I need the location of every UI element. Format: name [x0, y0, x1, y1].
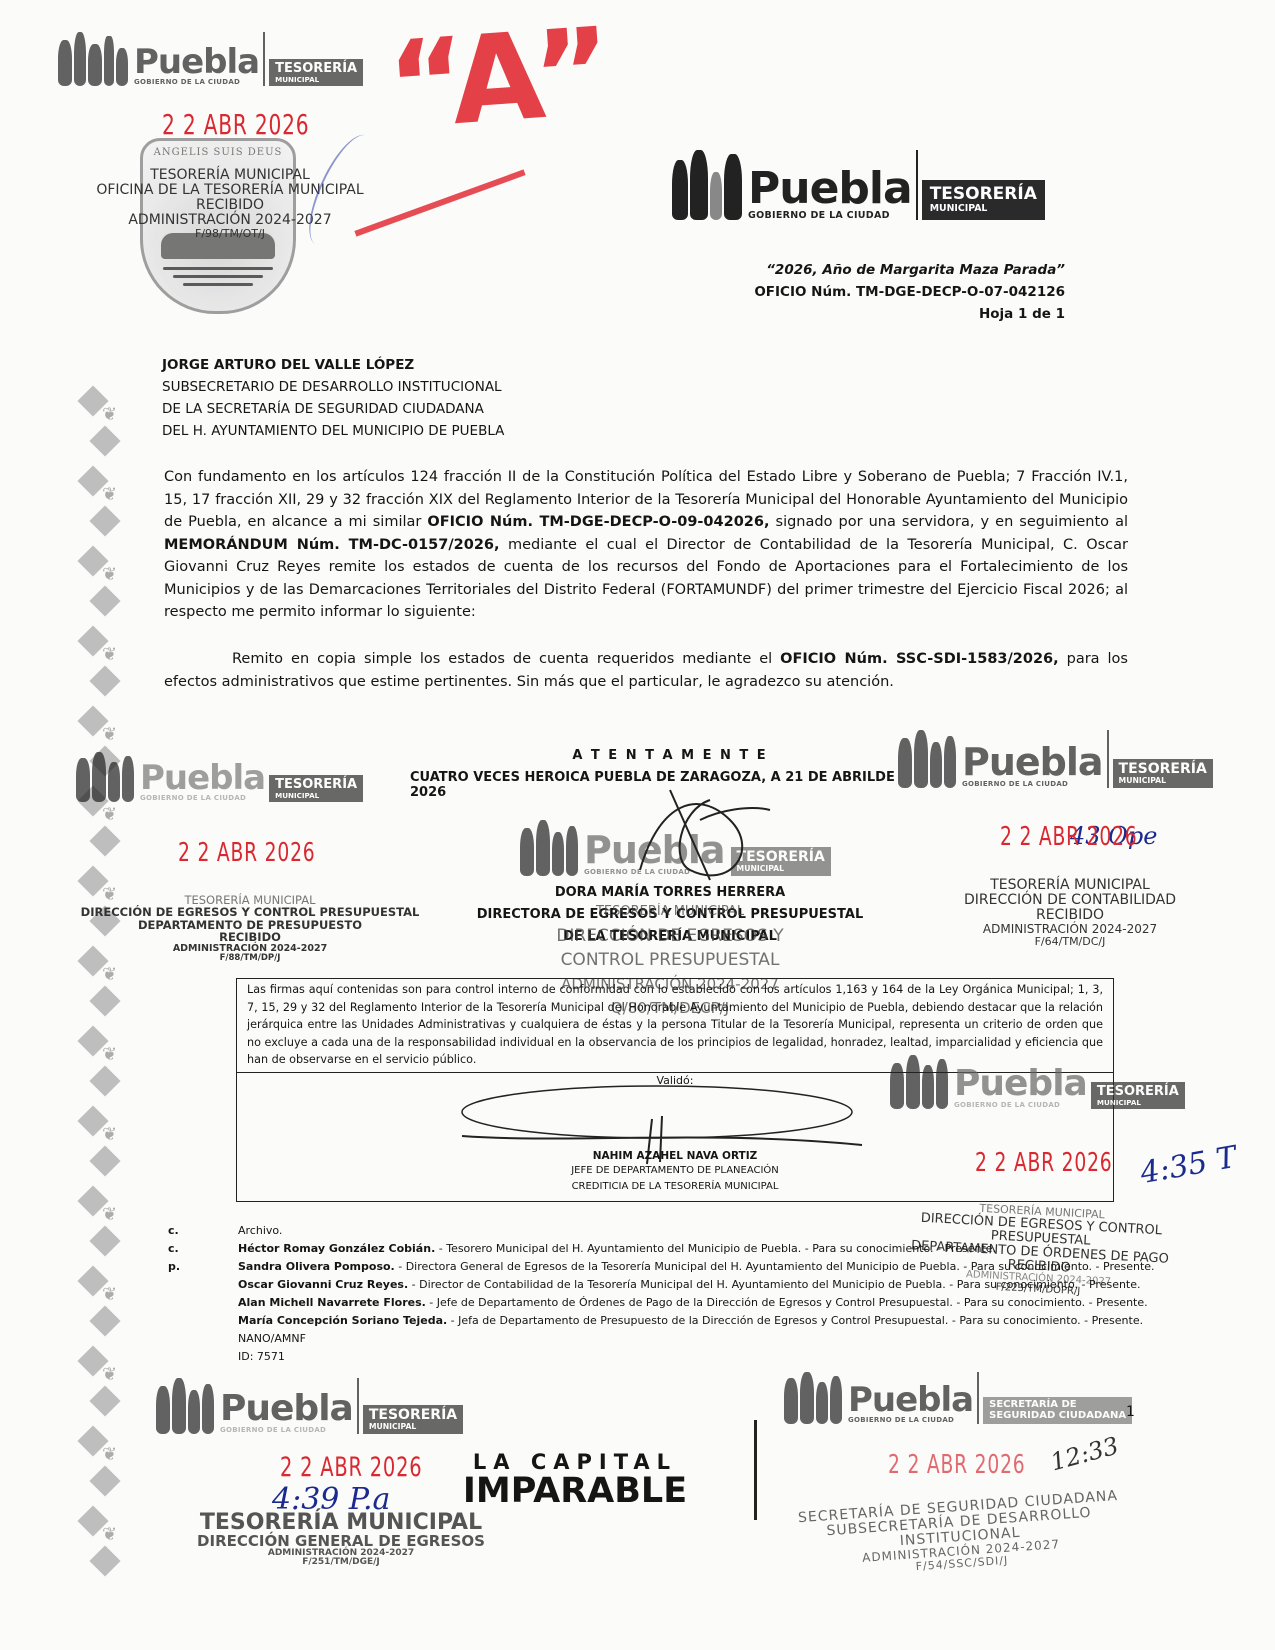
atentamente-label: A T E N T A M E N T E — [420, 748, 920, 763]
leaf-ornament-icon: ❦ — [102, 804, 117, 825]
diamond-ornament-icon — [89, 585, 120, 616]
addressee-line: SUBSECRETARIO DE DESARROLLO INSTITUCIONA… — [162, 376, 504, 398]
logo-badge-sub: MUNICIPAL — [1097, 1099, 1179, 1107]
logo-word: Puebla — [848, 1383, 973, 1417]
validator-title: CREDITICIA DE LA TESORERÍA MUNICIPAL — [237, 1181, 1113, 1192]
logo-divider — [977, 1372, 979, 1424]
seal-wave-icon — [183, 283, 253, 286]
logo-divider — [1107, 730, 1109, 788]
logo-badge-main: TESORERÍA — [275, 778, 357, 792]
city-emblem-icon — [890, 1055, 948, 1109]
city-emblem-icon — [898, 730, 956, 788]
logo-subtitle: GOBIERNO DE LA CIUDAD — [134, 79, 240, 86]
city-emblem-icon — [76, 752, 134, 802]
logo-badge-sub: MUNICIPAL — [369, 1423, 457, 1431]
footer-divider — [754, 1420, 757, 1520]
logo-divider — [916, 150, 918, 220]
seal-wave-icon — [173, 275, 263, 278]
logo-divider — [357, 1378, 359, 1434]
logo-subtitle: GOBIERNO DE LA CIUDAD — [748, 211, 890, 221]
slogan: LA CAPITAL IMPARABLE — [440, 1452, 710, 1510]
logo-word: Puebla — [140, 761, 265, 795]
diamond-ornament-icon — [89, 1465, 120, 1496]
diamond-ornament-icon — [89, 505, 120, 536]
city-emblem-icon — [58, 32, 128, 86]
logo-word: Puebla — [748, 167, 912, 211]
logo-badge-main: TESORERÍA — [369, 1408, 457, 1423]
leaf-ornament-icon: ❦ — [102, 1124, 117, 1145]
leaf-ornament-icon: ❦ — [102, 724, 117, 745]
leaf-ornament-icon: ❦ — [102, 484, 117, 505]
addressee-line: DE LA SECRETARÍA DE SEGURIDAD CIUDADANA — [162, 398, 504, 420]
leaf-ornament-icon: ❦ — [102, 1364, 117, 1385]
ssc-logo-stamp: PueblaGOBIERNO DE LA CIUDAD SECRETARÍA D… — [784, 1372, 1132, 1424]
handwritten-ssc-note: 12:33 — [1048, 1432, 1122, 1477]
page-number-mark: 1 — [1126, 1404, 1135, 1420]
addressee-name: JORGE ARTURO DEL VALLE LÓPEZ — [162, 354, 504, 376]
oficio-number: OFICIO Núm. TM-DGE-DECP-O-07-042126 — [754, 284, 1065, 300]
body-paragraph-2: Remito en copia simple los estados de cu… — [164, 648, 1128, 693]
addressee-line: DEL H. AYUNTAMIENTO DEL MUNICIPIO DE PUE… — [162, 420, 504, 442]
logo-badge-sub: MUNICIPAL — [275, 76, 357, 84]
body-paragraph-1: Con fundamento en los artículos 124 frac… — [164, 466, 1128, 624]
tesoreria-header-logo: Puebla GOBIERNO DE LA CIUDAD TESORERÍA M… — [672, 150, 1045, 220]
city-emblem-icon — [520, 820, 578, 876]
logo-divider — [263, 32, 265, 86]
logo-word: Puebla — [220, 1391, 353, 1427]
seal-wave-icon — [163, 267, 273, 270]
tesoreria-logo-stamp: Puebla GOBIERNO DE LA CIUDAD TESORERÍA M… — [58, 32, 363, 86]
ccp-item: María Concepción Soriano Tejeda. - Jefa … — [238, 1312, 1275, 1330]
city-emblem-icon — [672, 150, 742, 220]
logo-word: Puebla — [954, 1066, 1087, 1102]
ccp-archive: Archivo. — [238, 1222, 1275, 1240]
leaf-ornament-icon: ❦ — [102, 404, 117, 425]
diamond-ornament-icon — [89, 425, 120, 456]
logo-badge-main: TESORERÍA — [1119, 762, 1207, 777]
logo-badge-main: TESORERÍA — [275, 62, 357, 76]
diamond-ornament-icon — [89, 1545, 120, 1576]
diamond-ornament-icon — [89, 1225, 120, 1256]
memorandum-reference: MEMORÁNDUM Núm. TM-DC-0157/2026, — [164, 537, 500, 553]
ccp-item: Oscar Giovanni Cruz Reyes. - Director de… — [238, 1276, 1275, 1294]
diamond-ornament-icon — [89, 825, 120, 856]
date-stamp-ordenes: 2 2 ABR 2026 — [975, 1148, 1112, 1178]
director-signature — [610, 780, 790, 900]
logo-subtitle: GOBIERNO DE LA CIUDAD — [954, 1102, 1060, 1109]
leaf-ornament-icon: ❦ — [102, 564, 117, 585]
oficio-reference: OFICIO Núm. TM-DGE-DECP-O-09-042026, — [427, 514, 769, 530]
received-stamp-presupuesto: TESORERÍA MUNICIPALDIRECCIÓN DE EGRESOS … — [80, 894, 420, 963]
logo-subtitle: GOBIERNO DE LA CIUDAD — [220, 1427, 326, 1434]
received-stamp-ssc: SECRETARÍA DE SEGURIDAD CIUDADANASUBSECR… — [778, 1488, 1142, 1583]
city-emblem-icon — [784, 1372, 842, 1424]
year-motto: “2026, Año de Margarita Maza Parada” — [766, 262, 1065, 278]
diamond-ornament-icon — [89, 1305, 120, 1336]
slogan-bottom: IMPARABLE — [440, 1473, 710, 1510]
received-stamp-contabilidad: TESORERÍA MUNICIPALDIRECCIÓN DE CONTABIL… — [940, 878, 1200, 948]
seal-motto: ANGELIS SUIS DEUS — [143, 147, 293, 158]
leaf-ornament-icon: ❦ — [102, 644, 117, 665]
decorative-side-border: ❦❦❦❦❦❦❦❦❦❦❦❦❦❦❦ — [78, 390, 120, 1590]
leaf-ornament-icon: ❦ — [102, 1044, 117, 1065]
ccp-item: Héctor Romay González Cobián. - Tesorero… — [238, 1240, 1275, 1258]
logo-badge-main: TESORERÍA — [930, 186, 1037, 204]
page-indicator: Hoja 1 de 1 — [979, 306, 1065, 322]
diamond-ornament-icon — [89, 1065, 120, 1096]
red-handwritten-mark: “A” — [383, 2, 616, 156]
ccp-item: Sandra Olivera Pomposo. - Directora Gene… — [238, 1258, 1275, 1276]
diamond-ornament-icon — [89, 665, 120, 696]
leaf-ornament-icon: ❦ — [102, 964, 117, 985]
ssc-oficio-reference: OFICIO Núm. SSC-SDI-1583/2026, — [780, 651, 1059, 667]
logo-subtitle: GOBIERNO DE LA CIUDAD — [848, 1417, 954, 1424]
diamond-ornament-icon — [89, 1385, 120, 1416]
tesoreria-logo-stamp: PueblaGOBIERNO DE LA CIUDAD TESORERÍAMUN… — [898, 730, 1213, 788]
ccp-item: Alan Michell Navarrete Flores. - Jefe de… — [238, 1294, 1275, 1312]
tesoreria-logo-stamp: PueblaGOBIERNO DE LA CIUDAD TESORERÍAMUN… — [890, 1055, 1185, 1109]
signer-name: DORA MARÍA TORRES HERRERA — [420, 885, 920, 900]
date-stamp-ssc: 2 2 ABR 2026 — [888, 1450, 1025, 1480]
date-stamp-oficina: 2 2 ABR 2026 — [162, 108, 309, 141]
logo-badge-main: TESORERÍA — [1097, 1085, 1179, 1099]
leaf-ornament-icon: ❦ — [102, 1444, 117, 1465]
leaf-ornament-icon: ❦ — [102, 1284, 117, 1305]
date-stamp-contabilidad: 2 2 ABR 2026 — [1000, 822, 1137, 852]
logo-subtitle: GOBIERNO DE LA CIUDAD — [140, 795, 246, 802]
ccp-label: c. c. p. — [168, 1222, 180, 1276]
slogan-top: LA CAPITAL — [440, 1452, 710, 1473]
logo-badge-main: SECRETARÍA DE — [989, 1400, 1126, 1411]
diamond-ornament-icon — [89, 1145, 120, 1176]
logo-subtitle: GOBIERNO DE LA CIUDAD — [962, 781, 1068, 788]
ccp-id: ID: 7571 — [238, 1348, 1275, 1366]
city-emblem-icon — [156, 1378, 214, 1434]
logo-word: Puebla — [134, 45, 259, 79]
date-stamp-dge: 2 2 ABR 2026 — [280, 1452, 422, 1483]
logo-badge-sub: MUNICIPAL — [275, 792, 357, 800]
logo-badge-sub: MUNICIPAL — [930, 204, 1037, 214]
leaf-ornament-icon: ❦ — [102, 1204, 117, 1225]
tesoreria-logo-stamp: PueblaGOBIERNO DE LA CIUDAD TESORERÍAMUN… — [156, 1378, 463, 1434]
handwritten-time-egresos: 4:35 T — [1138, 1140, 1240, 1191]
logo-word: Puebla — [962, 743, 1103, 781]
tesoreria-logo-stamp: PueblaGOBIERNO DE LA CIUDAD TESORERÍAMUN… — [76, 752, 363, 802]
ccp-initials: NANO/AMNF — [238, 1330, 1275, 1348]
logo-badge-sub: SEGURIDAD CIUDADANA — [989, 1411, 1126, 1422]
date-stamp-presupuesto: 2 2 ABR 2026 — [178, 838, 315, 868]
received-stamp-dge: TESORERÍA MUNICIPALDIRECCIÓN GENERAL DE … — [176, 1512, 506, 1567]
addressee-block: JORGE ARTURO DEL VALLE LÓPEZ SUBSECRETAR… — [162, 354, 504, 442]
diamond-ornament-icon — [89, 985, 120, 1016]
logo-badge-sub: MUNICIPAL — [1119, 777, 1207, 785]
leaf-ornament-icon: ❦ — [102, 1524, 117, 1545]
